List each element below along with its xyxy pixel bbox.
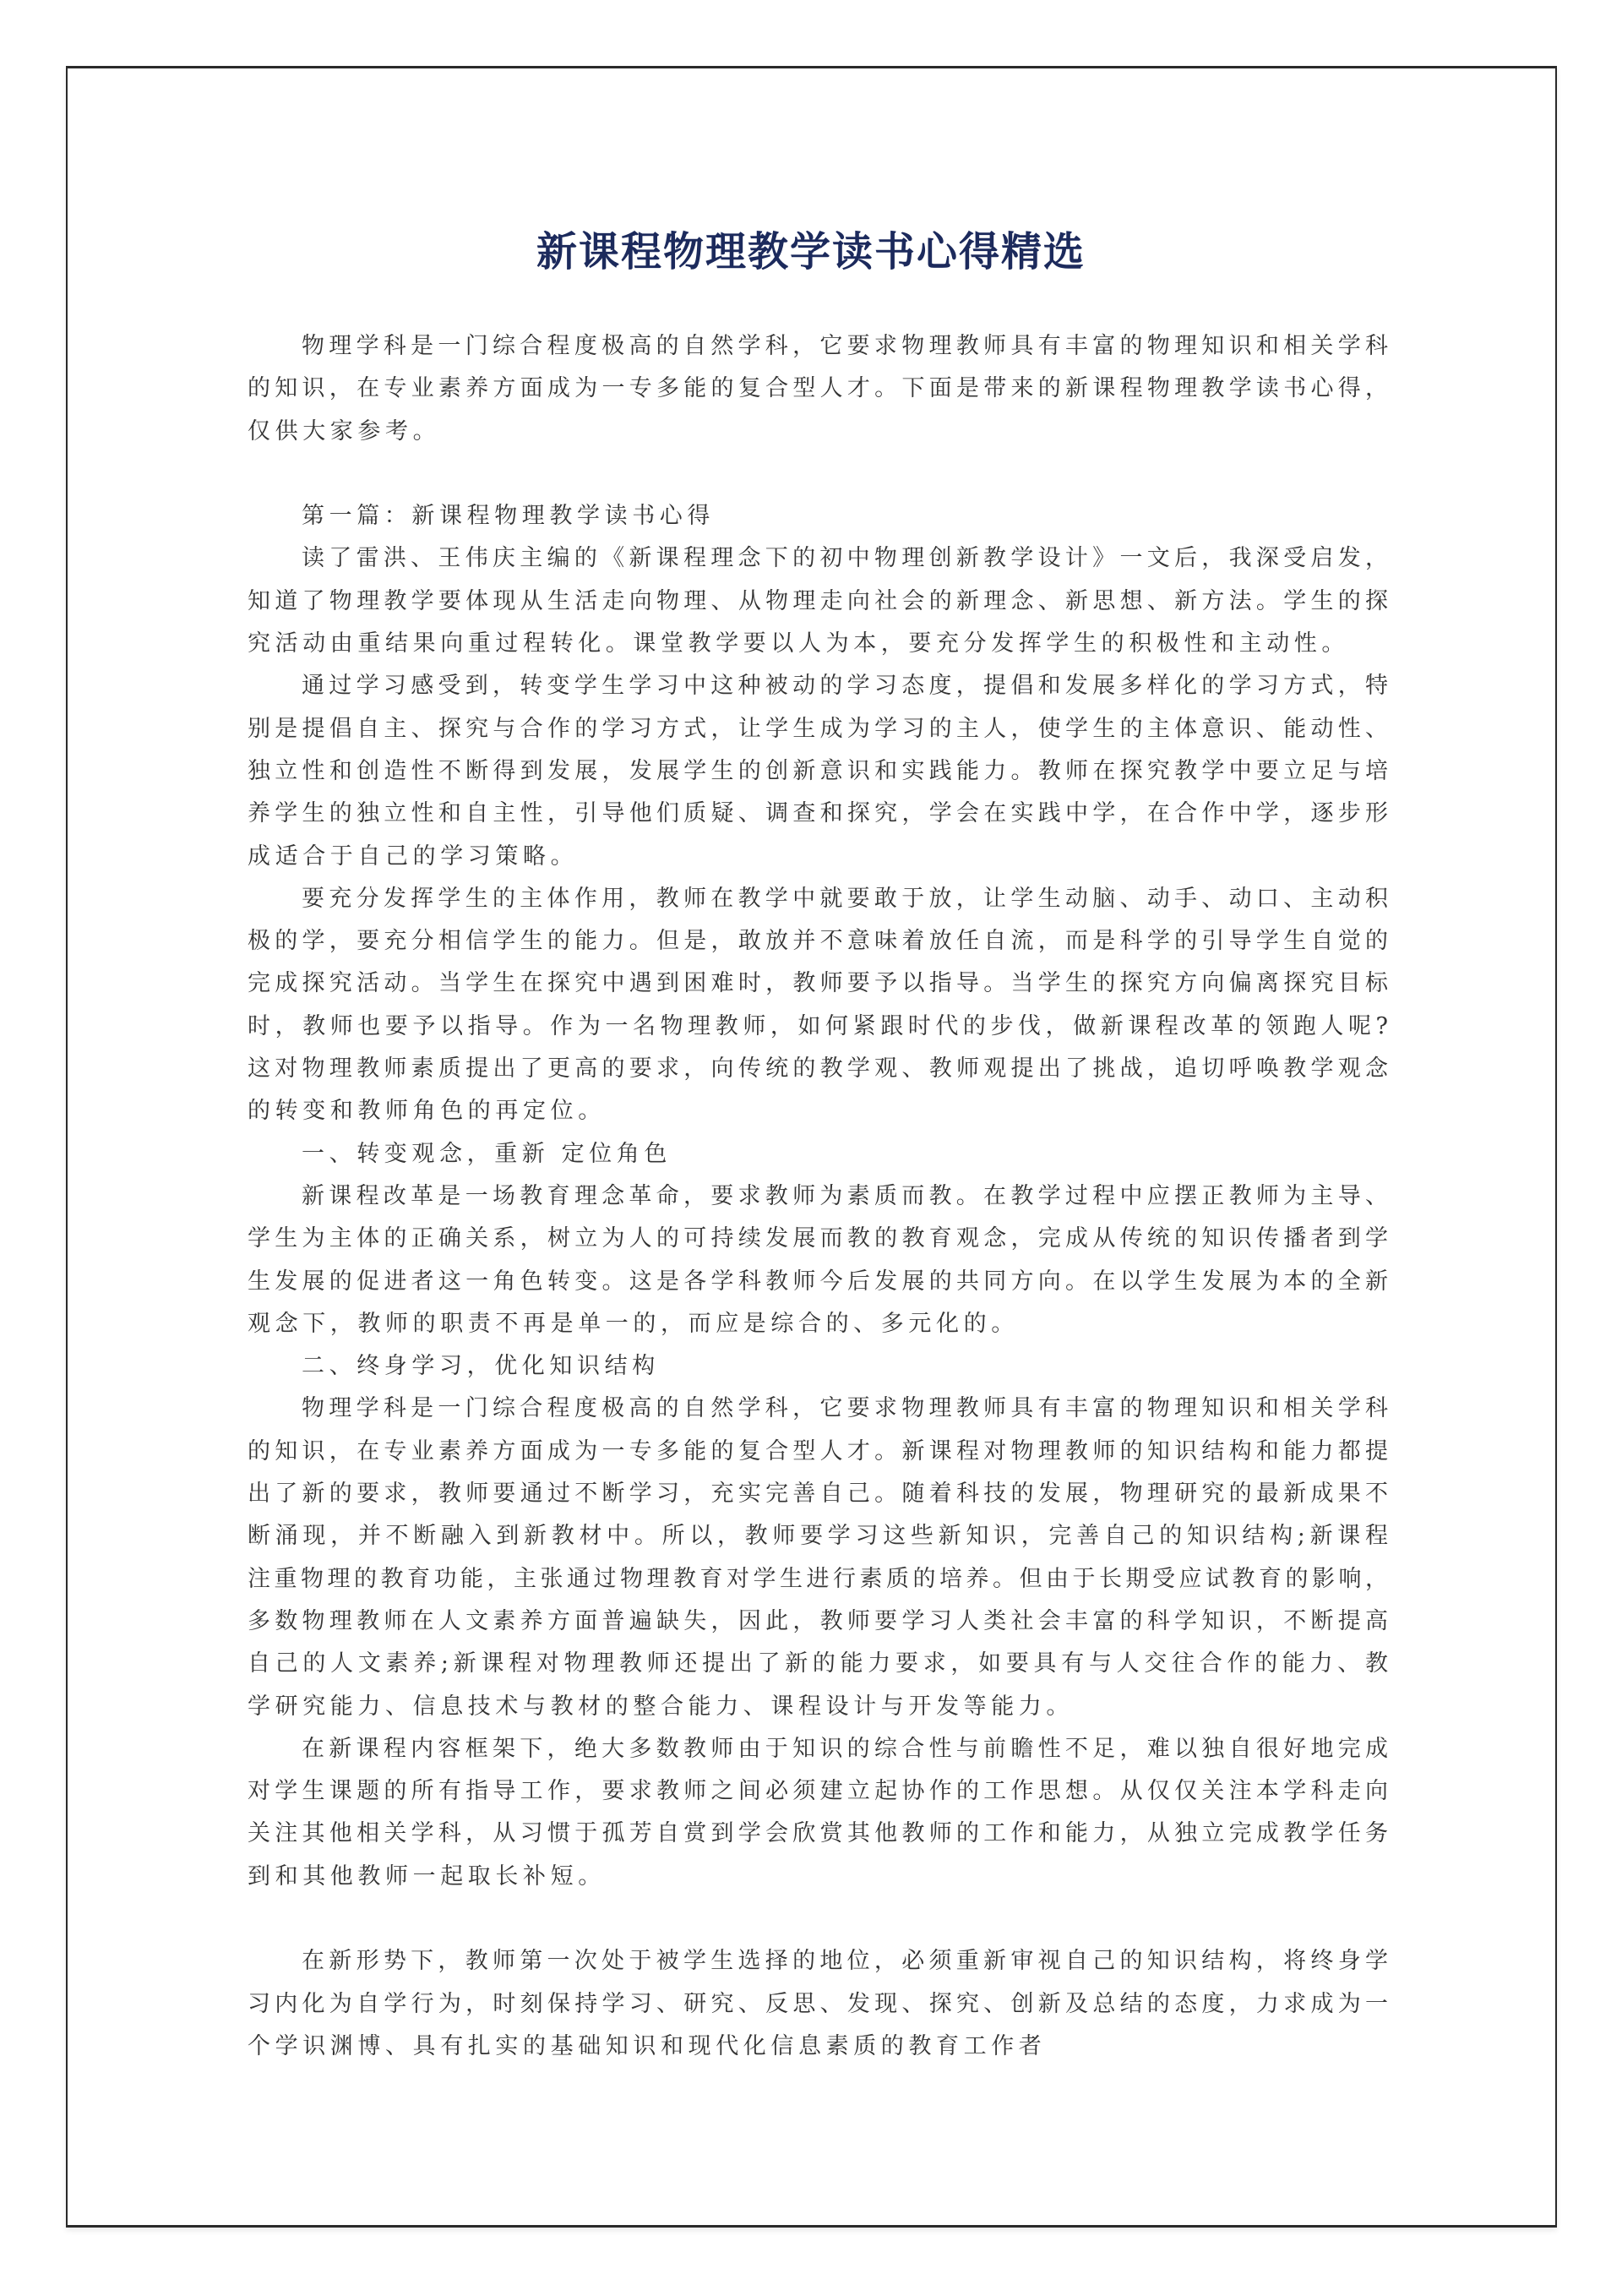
blank-line	[248, 1898, 1388, 1940]
text-line: 的转变和教师角色的再定位。	[248, 1090, 1388, 1132]
text-line: 个学识渊博、具有扎实的基础知识和现代化信息素质的教育工作者	[248, 2026, 1388, 2068]
text-line: 学生为主体的正确关系，树立为人的可持续发展而教的教育观念，完成从传统的知识传播者…	[248, 1218, 1388, 1260]
text-line: 别是提倡自主、探究与合作的学习方式，让学生成为学习的主人，使学生的主体意识、能动…	[248, 708, 1388, 750]
text-line: 究活动由重结果向重过程转化。课堂教学要以人为本，要充分发挥学生的积极性和主动性。	[248, 623, 1388, 665]
text-line: 生发展的促进者这一角色转变。这是各学科教师今后发展的共同方向。在以学生发展为本的…	[248, 1261, 1388, 1303]
text-line: 独立性和创造性不断得到发展，发展学生的创新意识和实践能力。教师在探究教学中要立足…	[248, 750, 1388, 793]
text-line: 新课程改革是一场教育理念革命，要求教师为素质而教。在教学过程中应摆正教师为主导、	[248, 1175, 1388, 1218]
paragraph: 读了雷洪、王伟庆主编的《新课程理念下的初中物理创新教学设计》一文后，我深受启发，…	[248, 537, 1388, 665]
blank-line	[248, 453, 1388, 495]
paragraph: 要充分发挥学生的主体作用，教师在教学中就要敢于放，让学生动脑、动手、动口、主动积…	[248, 878, 1388, 1133]
text-line: 习内化为自学行为，时刻保持学习、研究、反思、发现、探究、创新及总结的态度，力求成…	[248, 1983, 1388, 2026]
text-line: 学研究能力、信息技术与教材的整合能力、课程设计与开发等能力。	[248, 1686, 1388, 1728]
text-line: 知道了物理教学要体现从生活走向物理、从物理走向社会的新理念、新思想、新方法。学生…	[248, 581, 1388, 623]
paragraph: 物理学科是一门综合程度极高的自然学科，它要求物理教师具有丰富的物理知识和相关学科…	[248, 1388, 1388, 1727]
text-line: 观念下，教师的职责不再是单一的，而应是综合的、多元化的。	[248, 1303, 1388, 1345]
text-line: 极的学，要充分相信学生的能力。但是，敢放并不意味着放任自流，而是科学的引导学生自…	[248, 920, 1388, 963]
text-line: 通过学习感受到，转变学生学习中这种被动的学习态度，提倡和发展多样化的学习方式，特	[248, 665, 1388, 707]
text-line: 在新形势下，教师第一次处于被学生选择的地位，必须重新审视自己的知识结构，将终身学	[248, 1940, 1388, 1982]
text-line: 到和其他教师一起取长补短。	[248, 1856, 1388, 1898]
document-title: 新课程物理教学读书心得精选	[0, 225, 1622, 279]
text-line: 自己的人文素养;新课程对物理教师还提出了新的能力要求，如要具有与人交往合作的能力…	[248, 1643, 1388, 1685]
intro-paragraph: 物理学科是一门综合程度极高的自然学科，它要求物理教师具有丰富的物理知识和相关学科…	[248, 325, 1388, 453]
section-heading: 二、终身学习，优化知识结构	[248, 1345, 1388, 1388]
text-line: 对学生课题的所有指导工作，要求教师之间必须建立起协作的工作思想。从仅仅关注本学科…	[248, 1770, 1388, 1813]
text-line: 的知识，在专业素养方面成为一专多能的复合型人才。新课程对物理教师的知识结构和能力…	[248, 1431, 1388, 1473]
text-line: 这对物理教师素质提出了更高的要求，向传统的教学观、教师观提出了挑战，追切呼唤教学…	[248, 1048, 1388, 1090]
text-line: 注重物理的教育功能，主张通过物理教育对学生进行素质的培养。但由于长期受应试教育的…	[248, 1558, 1388, 1601]
text-line: 在新课程内容框架下，绝大多数教师由于知识的综合性与前瞻性不足，难以独自很好地完成	[248, 1728, 1388, 1770]
text-line: 成适合于自己的学习策略。	[248, 836, 1388, 878]
text-line: 出了新的要求，教师要通过不断学习，充实完善自己。随着科技的发展，物理研究的最新成…	[248, 1473, 1388, 1515]
text-line: 多数物理教师在人文素养方面普遍缺失，因此，教师要学习人类社会丰富的科学知识，不断…	[248, 1601, 1388, 1643]
document-body: 物理学科是一门综合程度极高的自然学科，它要求物理教师具有丰富的物理知识和相关学科…	[248, 325, 1388, 2068]
text-line: 物理学科是一门综合程度极高的自然学科，它要求物理教师具有丰富的物理知识和相关学科	[248, 325, 1388, 368]
text-line: 物理学科是一门综合程度极高的自然学科，它要求物理教师具有丰富的物理知识和相关学科	[248, 1388, 1388, 1430]
text-line: 读了雷洪、王伟庆主编的《新课程理念下的初中物理创新教学设计》一文后，我深受启发，	[248, 537, 1388, 580]
text-line: 仅供大家参考。	[248, 411, 1388, 453]
paragraph: 新课程改革是一场教育理念革命，要求教师为素质而教。在教学过程中应摆正教师为主导、…	[248, 1175, 1388, 1345]
text-line: 断涌现，并不断融入到新教材中。所以，教师要学习这些新知识，完善自己的知识结构;新…	[248, 1515, 1388, 1557]
text-line: 完成探究活动。当学生在探究中遇到困难时，教师要予以指导。当学生的探究方向偏离探究…	[248, 963, 1388, 1005]
closing-paragraph: 在新形势下，教师第一次处于被学生选择的地位，必须重新审视自己的知识结构，将终身学…	[248, 1940, 1388, 2068]
text-line: 关注其他相关学科，从习惯于孤芳自赏到学会欣赏其他教师的工作和能力，从独立完成教学…	[248, 1813, 1388, 1855]
section-heading: 一、转变观念，重新 定位角色	[248, 1133, 1388, 1175]
paragraph: 通过学习感受到，转变学生学习中这种被动的学习态度，提倡和发展多样化的学习方式，特…	[248, 665, 1388, 877]
part-one-heading: 第一篇：新课程物理教学读书心得	[248, 495, 1388, 537]
paragraph: 在新课程内容框架下，绝大多数教师由于知识的综合性与前瞻性不足，难以独自很好地完成…	[248, 1728, 1388, 1898]
text-line: 时，教师也要予以指导。作为一名物理教师，如何紧跟时代的步伐，做新课程改革的领跑人…	[248, 1006, 1388, 1048]
text-line: 要充分发挥学生的主体作用，教师在教学中就要敢于放，让学生动脑、动手、动口、主动积	[248, 878, 1388, 920]
text-line: 养学生的独立性和自主性，引导他们质疑、调查和探究，学会在实践中学，在合作中学，逐…	[248, 793, 1388, 835]
text-line: 的知识，在专业素养方面成为一专多能的复合型人才。下面是带来的新课程物理教学读书心…	[248, 368, 1388, 410]
